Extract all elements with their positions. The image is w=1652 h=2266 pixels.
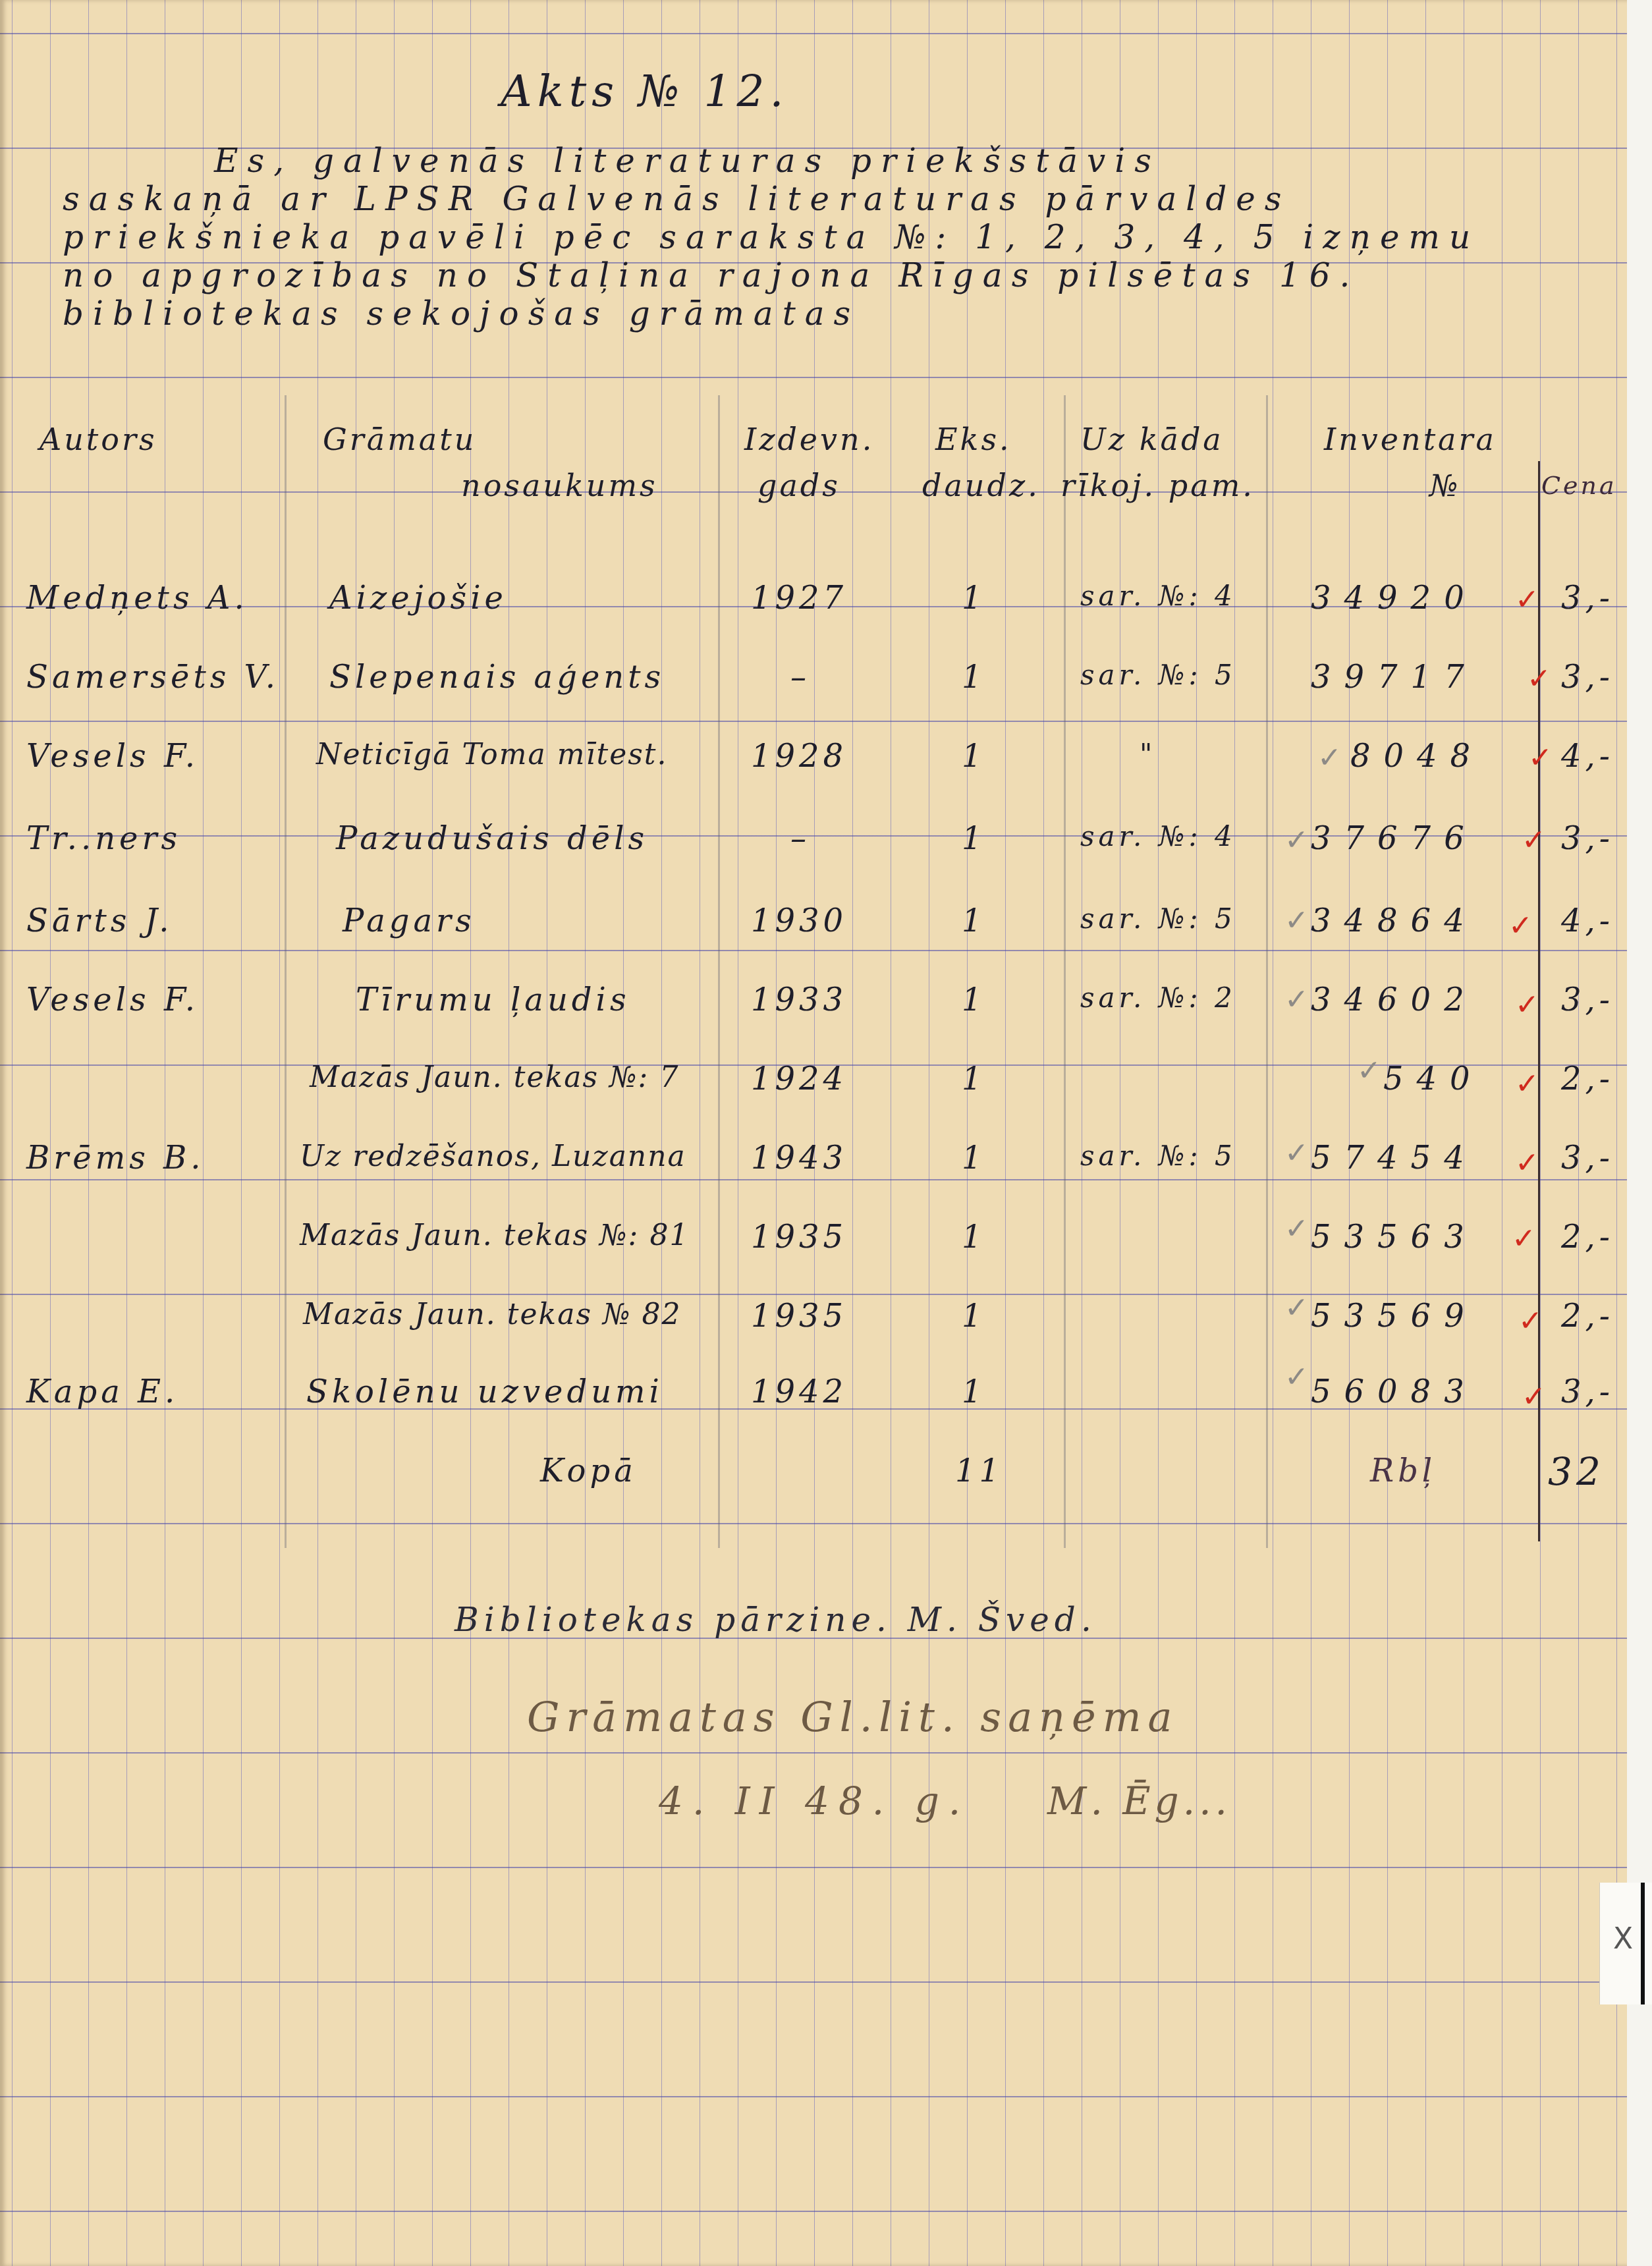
cell-price: 2,-	[1561, 1219, 1614, 1256]
total-currency: Rbļ	[1370, 1452, 1436, 1489]
cell-copies: 1	[962, 902, 986, 939]
cell-inventory: 540	[1383, 1061, 1483, 1097]
cell-author: Vesels F.	[26, 981, 199, 1018]
intro-line: saskaņā ar LPSR Galvenās literaturas pār…	[63, 180, 1578, 218]
cell-price: 3,-	[1561, 1373, 1614, 1410]
total-copies: 11	[955, 1452, 1003, 1489]
column-divider	[1064, 395, 1066, 1548]
cell-inventory: 39717	[1311, 659, 1477, 696]
red-check-icon: ✓	[1515, 1146, 1539, 1180]
cell-price: 3,-	[1561, 820, 1614, 857]
red-check-icon: ✓	[1515, 583, 1539, 617]
cell-title: Mazās Jaun. tekas №: 7	[310, 1061, 679, 1094]
cell-price: 4,-	[1561, 902, 1614, 939]
cell-copies: 1	[962, 1298, 986, 1335]
cell-title: Pazudušais dēls	[336, 820, 648, 857]
receiver-signature: M. Ēg...	[1047, 1779, 1231, 1823]
cell-price: 3,-	[1561, 580, 1614, 617]
cell-year: 1935	[751, 1298, 847, 1335]
received-date: 4. II 48. g.	[659, 1779, 970, 1823]
cell-inventory: 8048	[1350, 738, 1483, 775]
cell-price: 3,-	[1561, 981, 1614, 1018]
grey-check-icon: ✓	[1284, 1212, 1309, 1246]
cell-price: 3,-	[1561, 659, 1614, 696]
cell-title: Neticīgā Toma mītest.	[316, 738, 668, 771]
cell-year: 1927	[751, 580, 847, 617]
cell-basis: sar. №: 5	[1080, 902, 1236, 935]
cell-inventory: 53563	[1311, 1219, 1477, 1256]
cell-author: Sārts J.	[26, 902, 173, 939]
header-price: Cena	[1541, 471, 1617, 500]
cell-year: 1935	[751, 1219, 847, 1256]
cell-copies: 1	[962, 738, 986, 775]
column-divider	[718, 395, 720, 1548]
cell-basis: sar. №: 2	[1080, 981, 1236, 1014]
header-basis-line2: rīkoj. pam.	[1060, 468, 1255, 503]
red-check-icon: ✓	[1522, 1380, 1546, 1414]
tab-bar	[1641, 1883, 1645, 2004]
cell-copies: 1	[962, 1219, 986, 1256]
grey-check-icon: ✓	[1284, 1360, 1309, 1394]
cell-year: –	[790, 659, 810, 696]
cell-author: Medņets A.	[26, 580, 248, 617]
cell-copies: 1	[962, 659, 986, 696]
column-divider	[285, 395, 287, 1548]
librarian-signature-line: Bibliotekas pārzine. M. Šved.	[454, 1601, 1097, 1639]
red-check-icon: ✓	[1527, 662, 1551, 696]
cell-title: Aizejošie	[329, 580, 507, 617]
intro-line: priekšnieka pavēli pēc saraksta №: 1, 2,…	[63, 218, 1578, 256]
grey-check-icon: ✓	[1317, 741, 1342, 775]
header-inventory-line2: №	[1429, 468, 1461, 503]
cell-year: 1930	[751, 902, 847, 939]
grey-check-icon: ✓	[1284, 1136, 1309, 1170]
header-inventory-line1: Inventara	[1324, 422, 1497, 457]
cell-price: 3,-	[1561, 1140, 1614, 1176]
cell-year: 1928	[751, 738, 847, 775]
total-label: Kopā	[540, 1452, 637, 1489]
intro-line: no apgrozības no Staļina rajona Rīgas pi…	[63, 256, 1578, 294]
cell-inventory: 37676	[1311, 820, 1477, 857]
cell-inventory: 56083	[1311, 1373, 1477, 1410]
header-author: Autors	[40, 422, 157, 457]
grey-check-icon: ✓	[1284, 904, 1309, 937]
cell-title: Mazās Jaun. tekas №: 81	[300, 1219, 689, 1252]
red-check-icon: ✓	[1528, 741, 1553, 775]
cell-inventory: 34602	[1311, 981, 1477, 1018]
cell-year: –	[790, 820, 810, 857]
document-page	[0, 0, 1627, 2266]
cell-author: Kapa E.	[26, 1373, 179, 1410]
red-check-icon: ✓	[1508, 909, 1533, 943]
cell-inventory: 34864	[1311, 902, 1477, 939]
grey-check-icon: ✓	[1284, 1291, 1309, 1325]
intro-paragraph: Es, galvenās literaturas priekšstāvis sa…	[63, 142, 1578, 333]
cell-basis: sar. №: 4	[1080, 820, 1236, 852]
grey-check-icon: ✓	[1357, 1054, 1381, 1088]
cell-year: 1943	[751, 1140, 847, 1176]
cell-copies: 1	[962, 1061, 986, 1097]
cell-copies: 1	[962, 1140, 986, 1176]
cell-title: Pagars	[343, 902, 476, 939]
cell-title: Skolēnu uzvedumi	[306, 1373, 663, 1410]
grey-check-icon: ✓	[1284, 823, 1309, 857]
grey-check-icon: ✓	[1284, 983, 1309, 1016]
cell-basis: "	[1140, 738, 1156, 770]
cell-basis: sar. №: 5	[1080, 659, 1236, 691]
intro-line: bibliotekas sekojošas grāmatas	[63, 294, 1578, 333]
cell-author: Vesels F.	[26, 738, 199, 775]
header-title-line1: Grāmatu	[323, 422, 476, 457]
total-price: 32	[1548, 1449, 1605, 1494]
red-check-icon: ✓	[1512, 1222, 1536, 1256]
header-copies-line1: Eks.	[935, 422, 1012, 457]
cell-basis: sar. №: 4	[1080, 580, 1236, 612]
cell-year: 1924	[751, 1061, 847, 1097]
column-divider	[1266, 395, 1268, 1548]
red-check-icon: ✓	[1522, 823, 1546, 857]
archive-side-tab: X	[1599, 1883, 1652, 2004]
tab-mark: X	[1613, 1922, 1633, 1956]
red-check-icon: ✓	[1518, 1304, 1543, 1338]
red-check-icon: ✓	[1515, 988, 1539, 1022]
header-title-line2: nosaukums	[461, 468, 658, 503]
cell-copies: 1	[962, 1373, 986, 1410]
cell-copies: 1	[962, 981, 986, 1018]
cell-author: Samersēts V.	[26, 659, 279, 696]
header-basis-line1: Uz kāda	[1080, 422, 1224, 457]
cell-title: Slepenais aģents	[329, 659, 665, 696]
cell-year: 1933	[751, 981, 847, 1018]
cell-inventory: 57454	[1311, 1140, 1477, 1176]
red-check-icon: ✓	[1515, 1067, 1539, 1101]
cell-author: Brēms B.	[26, 1140, 205, 1176]
cell-inventory: 34920	[1311, 580, 1477, 617]
cell-year: 1942	[751, 1373, 847, 1410]
cell-title: Tīrumu ļaudis	[356, 981, 630, 1018]
cell-author: Tr..ners	[26, 820, 181, 857]
cell-basis: sar. №: 5	[1080, 1140, 1236, 1172]
cell-inventory: 53569	[1311, 1298, 1477, 1335]
cell-price: 4,-	[1561, 738, 1614, 775]
document-title: Akts № 12.	[501, 66, 788, 117]
cell-price: 2,-	[1561, 1298, 1614, 1335]
cell-price: 2,-	[1561, 1061, 1614, 1097]
header-year-line1: Izdevn.	[744, 422, 874, 457]
cell-copies: 1	[962, 820, 986, 857]
cell-copies: 1	[962, 580, 986, 617]
header-year-line2: gads	[757, 468, 840, 503]
intro-line: Es, galvenās literaturas priekšstāvis	[63, 142, 1578, 180]
received-note: Grāmatas Gl.lit. saņēma	[527, 1693, 1179, 1741]
cell-title: Mazās Jaun. tekas № 82	[303, 1298, 682, 1331]
header-copies-line2: daudz.	[922, 468, 1040, 503]
cell-title: Uz redzēšanos, Luzanna	[300, 1140, 686, 1173]
